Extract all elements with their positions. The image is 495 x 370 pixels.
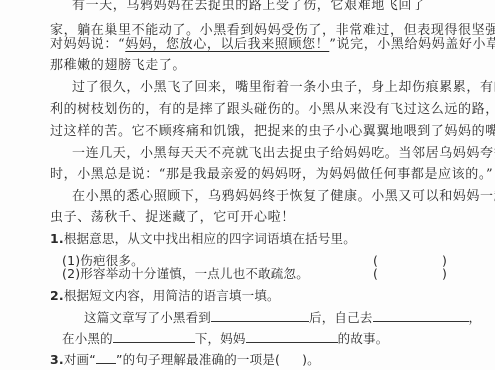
story-line: 有一天，乌鸦妈妈在去捉虫的路上受了伤，它艰难地飞回了 (72, 0, 426, 14)
story-line: 过了很久，小黑飞了回来，嘴里衔着一条小虫子，身上却伤痕累累，有的是被锋 (72, 80, 495, 96)
story-line: 虫子、荡秋千、捉迷藏了，它可开心啦！ (50, 210, 295, 226)
story-line: 过这样的苦。它不顾疼痛和饥饿，把捉来的虫子小心翼翼地喂到了妈妈的嘴里。 (50, 124, 495, 140)
answer-paren-close: ) (442, 266, 447, 282)
underlined-sentence: 妈妈，您放心，以后我来照顾您！ (125, 37, 329, 52)
question-text: 根据短文内容，用简洁的语言填一填。 (64, 288, 280, 303)
underline-sample (96, 351, 116, 364)
story-line: 时，小黑总是说：“那是我最亲爱的妈妈呀，为妈妈做任何事都是应该的。” (50, 167, 493, 183)
story-line: 利的树枝划伤的，有的是摔了跟头碰伤的。小黑从来没有飞过这么远的路，没有受 (50, 102, 495, 118)
answer-paren-open: ( (373, 266, 378, 282)
story-line: 那稚嫩的翅膀飞走了。 (50, 58, 186, 74)
fill-blank[interactable] (211, 309, 309, 322)
story-line: 一连几天，小黑每天天不亮就飞出去捉虫子给妈妈吃。当邻居乌妈妈夸赞它 (72, 146, 495, 162)
question-text: 根据意思，从文中找出相应的四字词语填在括号里。 (64, 231, 356, 246)
fill-blank[interactable] (373, 309, 469, 322)
q1-item-2: (2)形容举动十分谨慎，一点儿也不敢疏忽。 (62, 266, 309, 282)
story-line: 对妈妈说：“妈妈，您放心，以后我来照顾您！”说完，小黑给妈妈盖好小草被，展开它 (50, 37, 495, 53)
story-line: 在小黑的悉心照顾下，乌鸦妈妈终于恢复了健康。小黑又可以和妈妈一起捉 (72, 189, 495, 205)
fill-blank[interactable] (113, 330, 195, 343)
fill-blank[interactable] (246, 330, 338, 343)
